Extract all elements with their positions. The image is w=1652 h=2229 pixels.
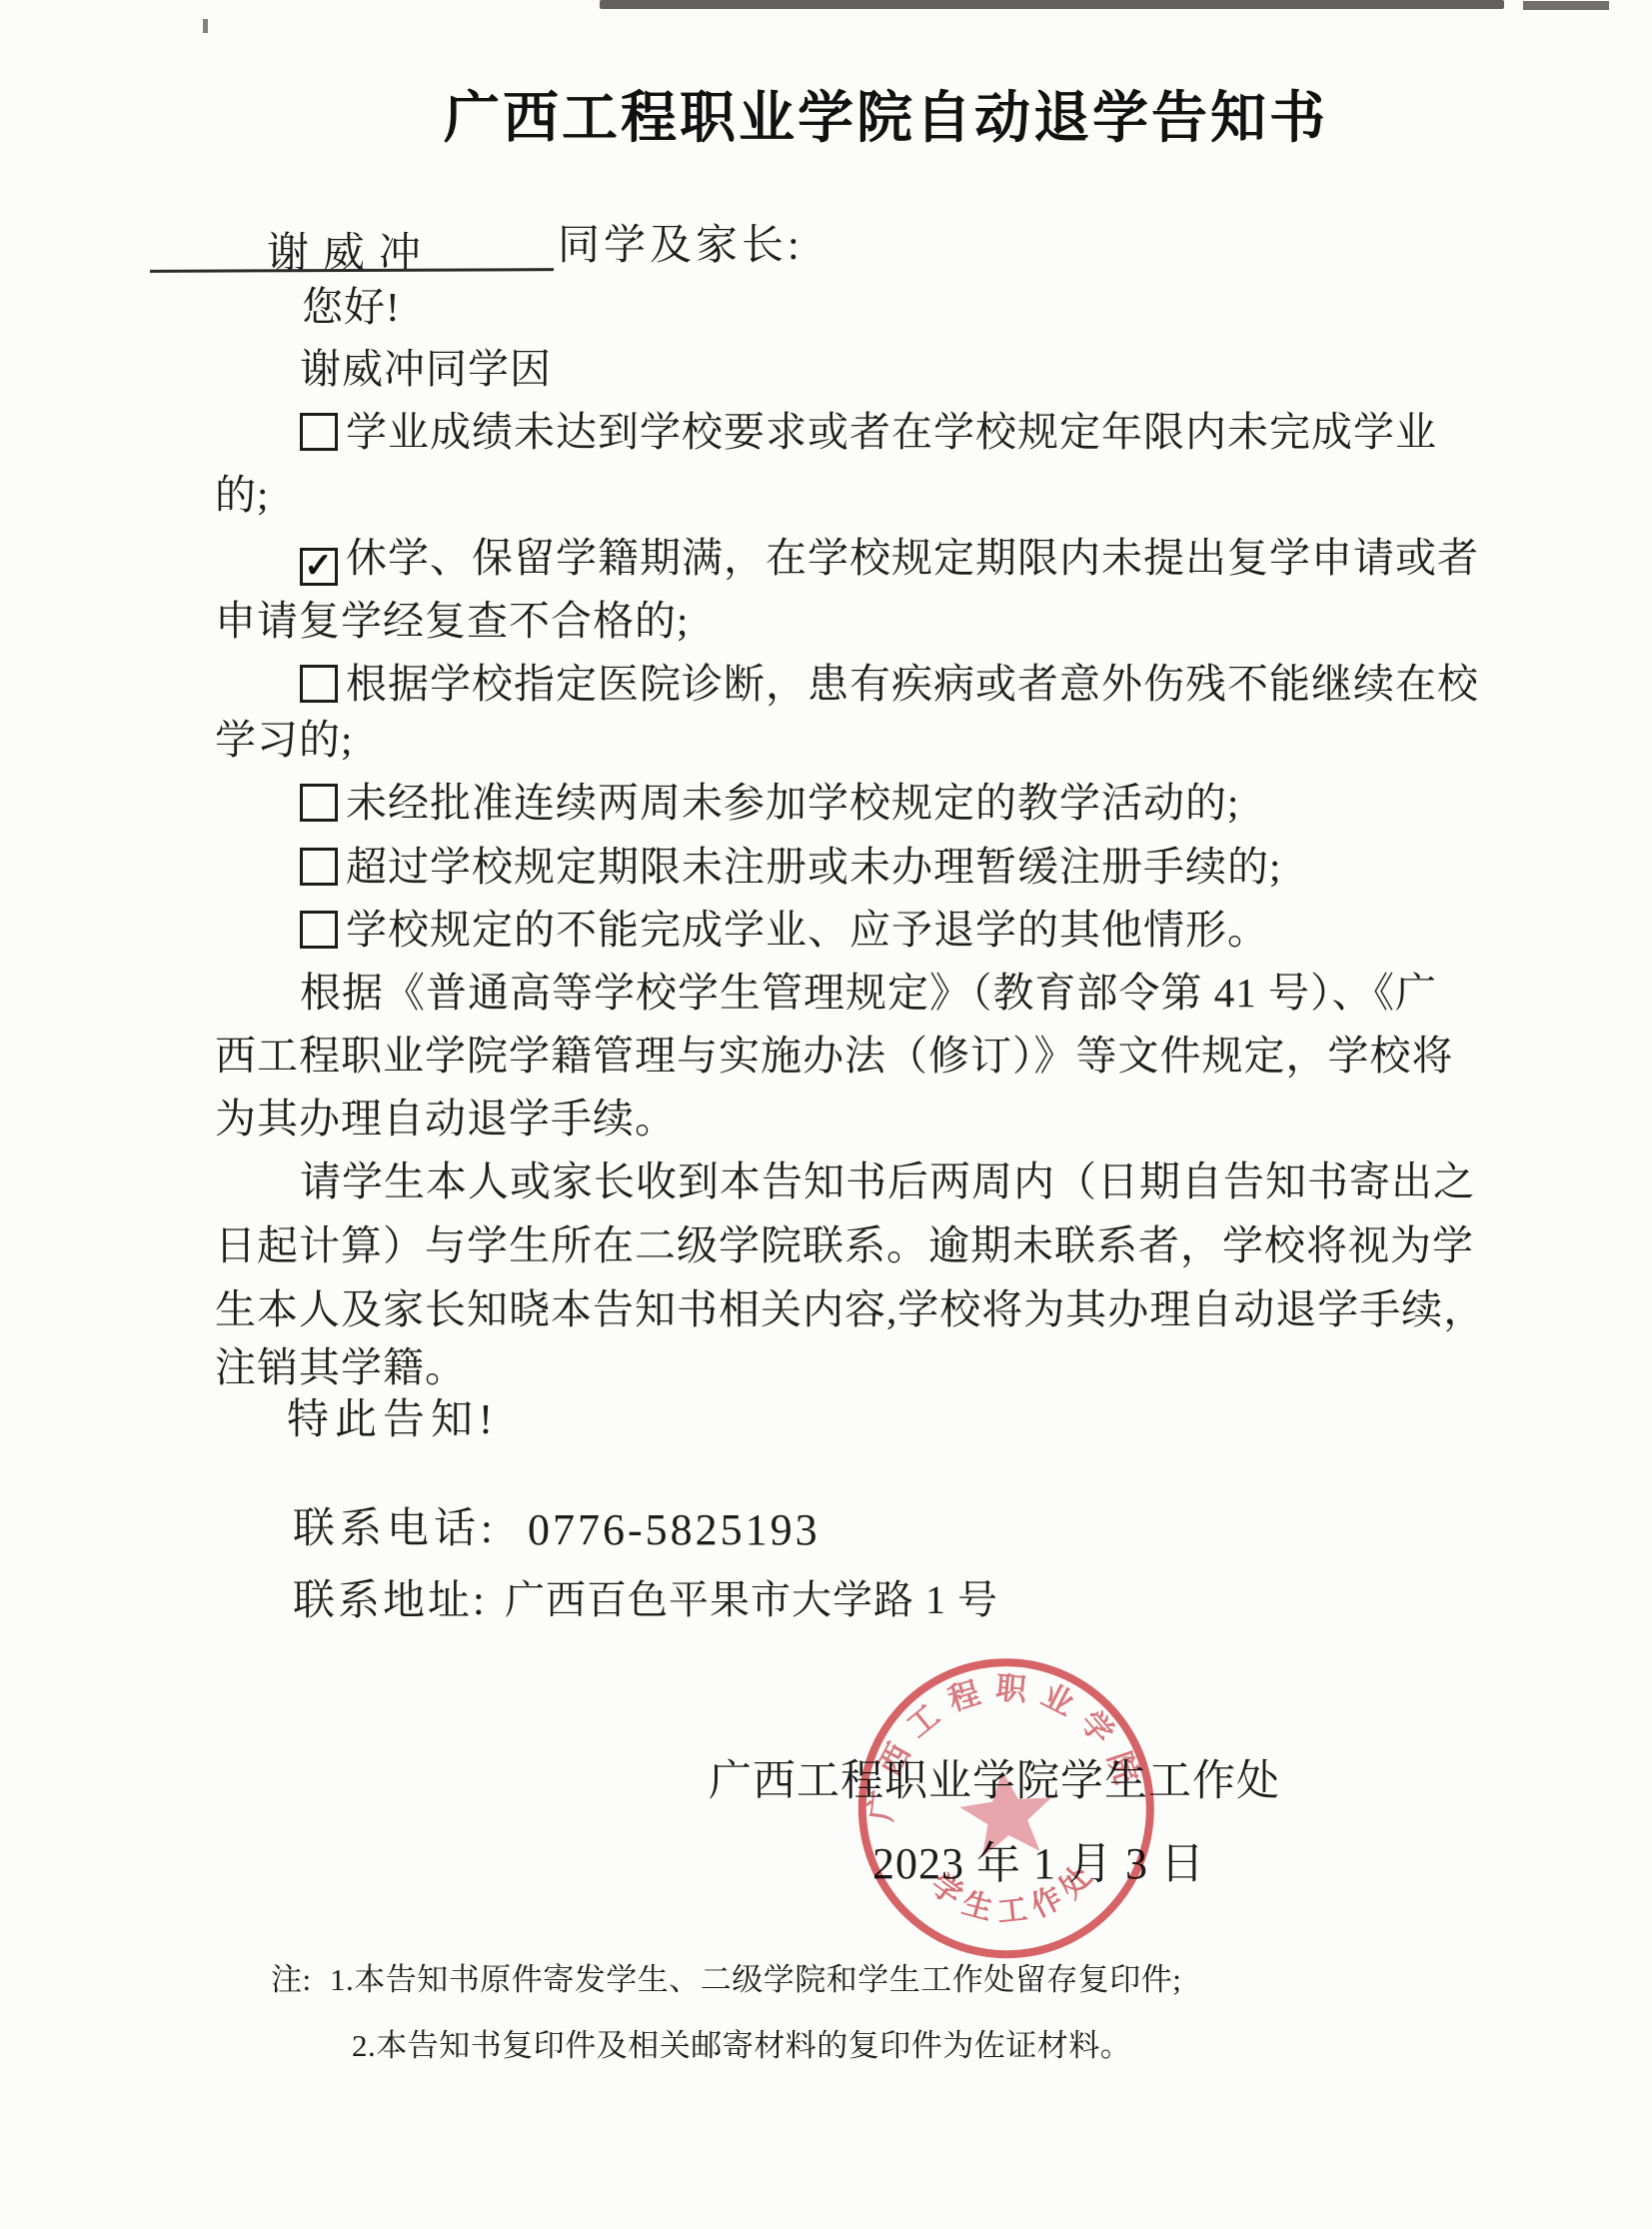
basis-line-3: 为其办理自动退学手续。: [215, 1096, 677, 1142]
seal-bottom-text: 学生工作处: [921, 1851, 1108, 1936]
reason-4-text: 未经批准连续两周未参加学校规定的教学活动的;: [346, 780, 1239, 826]
reason-2-line-2: 申请复学经复查不合格的;: [215, 598, 689, 645]
reason-5-text: 超过学校规定期限未注册或未办理暂缓注册手续的;: [346, 844, 1281, 890]
reason-4-line: 未经批准连续两周未参加学校规定的教学活动的;: [300, 780, 1239, 827]
scanned-document-page: 广西工程职业学院自动退学告知书 谢威冲 同学及家长: 您好! 谢威冲同学因 学业…: [0, 0, 1652, 2229]
reason-1-text: 学业成绩未达到学校要求或者在学校规定年限内未完成学业: [346, 409, 1437, 455]
intro-line: 谢威冲同学因: [300, 346, 552, 393]
reason-2-line-1: ✓休学、保留学籍期满，在学校规定期限内未提出复学申请或者: [300, 535, 1479, 586]
notice-line-3: 生本人及家长知晓本告知书相关内容,学校将为其办理自动退学手续，: [215, 1286, 1485, 1333]
closing-line: 特此告知!: [287, 1396, 499, 1444]
reason-5-line: 超过学校规定期限未注册或未办理暂缓注册手续的;: [300, 844, 1281, 891]
notice-line-2: 日起计算）与学生所在二级学院联系。逾期未联系者，学校将视为学: [215, 1222, 1474, 1269]
scan-artifact-mark: [1523, 1, 1609, 10]
address-value: 广西百色平果市大学路 1 号: [505, 1577, 998, 1623]
reason-3-line-2: 学习的;: [215, 717, 353, 764]
checkbox-unchecked-icon: [300, 784, 338, 822]
check-mark: ✓: [304, 548, 334, 585]
address-label: 联系地址:: [293, 1577, 488, 1625]
document-title: 广西工程职业学院自动退学告知书: [120, 74, 1652, 154]
salutation-suffix: 同学及家长:: [558, 222, 804, 270]
greeting: 您好!: [302, 284, 401, 331]
reason-1-line-2: 的;: [215, 472, 269, 519]
scan-artifact-band: [600, 0, 1504, 9]
basis-line-1: 根据《普通高等学校学生管理规定》（教育部令第 41 号）、《广: [300, 970, 1437, 1017]
scan-artifact-tick: [203, 19, 208, 33]
reason-1-line-1: 学业成绩未达到学校要求或者在学校规定年限内未完成学业: [300, 409, 1437, 456]
official-seal-stamp: 广西工程职业学院 学生工作处: [840, 1642, 1176, 1978]
seal-graphic: 广西工程职业学院 学生工作处: [840, 1642, 1176, 1978]
reason-3-line-1: 根据学校指定医院诊断，患有疾病或者意外伤残不能继续在校: [300, 661, 1479, 708]
basis-line-2: 西工程职业学院学籍管理与实施办法（修订）》等文件规定，学校将: [215, 1033, 1454, 1080]
reason-6-line: 学校规定的不能完成学业、应予退学的其他情形。: [300, 907, 1269, 954]
reason-2-text: 休学、保留学籍期满，在学校规定期限内未提出复学申请或者: [346, 535, 1479, 581]
checkbox-unchecked-icon: [300, 413, 338, 451]
note-item-2: 2.本告知书复印件及相关邮寄材料的复印件为佐证材料。: [352, 2028, 1131, 2064]
notice-line-4: 注销其学籍。: [215, 1344, 467, 1391]
reason-6-text: 学校规定的不能完成学业、应予退学的其他情形。: [346, 907, 1269, 953]
svg-text:学生工作处: 学生工作处: [921, 1851, 1108, 1936]
phone-label: 联系电话:: [293, 1505, 498, 1553]
reason-3-text: 根据学校指定医院诊断，患有疾病或者意外伤残不能继续在校: [346, 661, 1479, 707]
phone-value: 0776-5825193: [528, 1505, 821, 1556]
checkbox-checked-icon: ✓: [300, 548, 338, 586]
checkbox-unchecked-icon: [300, 911, 338, 949]
checkbox-unchecked-icon: [300, 665, 338, 703]
seal-star-icon: [956, 1766, 1056, 1859]
notes-label: 注:: [271, 1962, 312, 1998]
notice-line-1: 请学生本人或家长收到本告知书后两周内（日期自告知书寄出之: [300, 1158, 1475, 1205]
checkbox-unchecked-icon: [300, 848, 338, 886]
note-item-1: 1.本告知书原件寄发学生、二级学院和学生工作处留存复印件;: [330, 1962, 1181, 1998]
